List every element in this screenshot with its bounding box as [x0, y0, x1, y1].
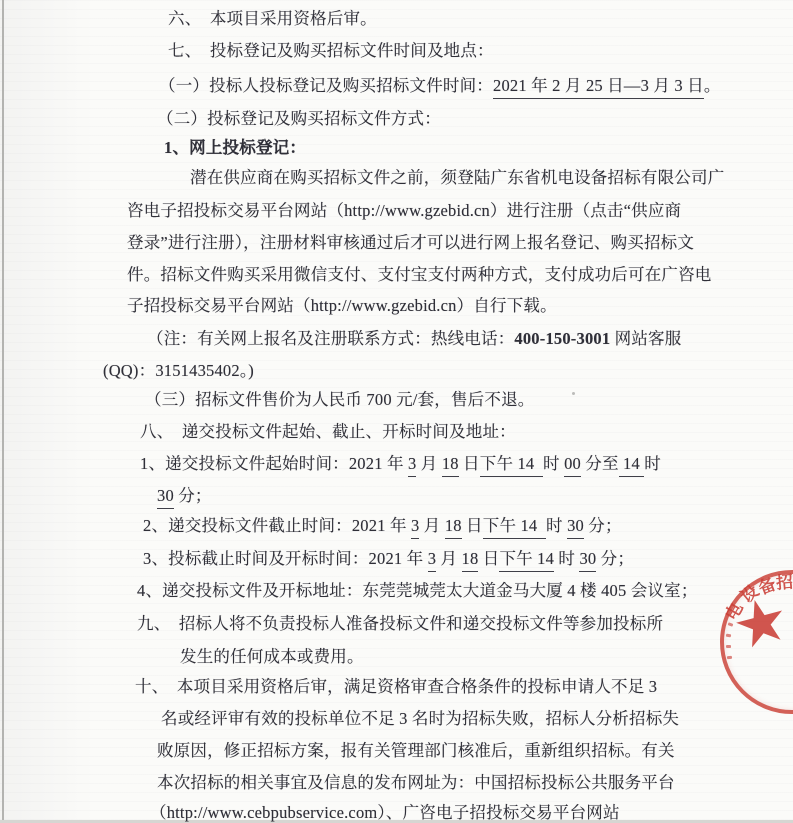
text-segment: 分至	[581, 453, 619, 475]
text-line-1: 六、 本项目采用资格后审。	[168, 8, 377, 30]
seal-arc-character: 招	[775, 567, 793, 593]
underlined-text: 下午 14	[483, 515, 546, 539]
text-line-11: （注：有关网上报名及注册联系方式：热线电话：400-150-3001 网站客服	[147, 328, 681, 350]
text-segment: （http://www.cebpubservice.com）、广咨电子招投标交易…	[150, 802, 620, 823]
text-segment: 分；	[584, 515, 622, 537]
scan-speck	[572, 392, 575, 395]
text-segment: 时	[644, 453, 661, 475]
text-segment: 1、网上投标登记：	[164, 137, 306, 159]
underlined-text: 18	[442, 453, 459, 477]
underlined-text: 下午 14	[480, 453, 543, 477]
text-line-10: 子招投标交易平台网站（http://www.gzebid.cn）自行下载。	[127, 295, 557, 317]
text-segment: 网站客服	[610, 328, 681, 350]
text-line-6: 潜在供应商在购买招标文件之前，须登陆广东省机电设备招标有限公司广	[190, 167, 724, 189]
text-line-19: 4、递交投标文件及开标地址：东莞莞城莞太大道金马大厦 4 楼 405 会议室；	[137, 580, 698, 602]
text-segment: 十、 本项目采用资格后审，满足资格审查合格条件的投标申请人不足 3	[135, 676, 657, 698]
text-line-5: 1、网上投标登记：	[164, 137, 306, 159]
text-segment: 咨电子招投标交易平台网站（http://www.gzebid.cn）进行注册（点…	[127, 200, 681, 222]
text-segment: 月	[416, 453, 441, 475]
text-line-26: （http://www.cebpubservice.com）、广咨电子招投标交易…	[150, 802, 620, 823]
underlined-text: 14	[619, 453, 645, 477]
underlined-text: 3	[411, 515, 419, 539]
text-segment: 六、 本项目采用资格后审。	[168, 8, 377, 30]
text-segment: 分；	[174, 485, 212, 507]
text-line-24: 败原因，修正招标方案，报有关管理部门核准后，重新组织招标。有关	[157, 740, 675, 762]
underlined-text: 18	[462, 548, 479, 572]
text-segment: 败原因，修正招标方案，报有关管理部门核准后，重新组织招标。有关	[157, 740, 675, 762]
seal-small-text-mark	[728, 622, 734, 627]
seal-arc-character: 电	[717, 597, 747, 624]
underlined-text: 00	[564, 453, 581, 477]
text-line-2: 七、 投标登记及购买招标文件时间及地点：	[168, 40, 494, 62]
text-segment: 月	[436, 548, 461, 570]
text-line-15: 1、递交投标文件起始时间：2021 年 3 月 18 日下午 14 时 00 分…	[140, 453, 661, 477]
text-line-17: 2、递交投标文件截止时间：2021 年 3 月 18 日下午 14 时 30 分…	[143, 515, 622, 539]
seal-circle-border	[720, 570, 793, 714]
text-segment: 件。招标文件购买采用微信支付、支付宝支付两种方式，支付成功后可在广咨电	[127, 264, 712, 286]
text-segment: 日	[478, 548, 499, 570]
text-segment: 1、递交投标文件起始时间：2021 年	[140, 453, 408, 475]
text-segment: 2、递交投标文件截止时间：2021 年	[143, 515, 411, 537]
underlined-text: 3	[408, 453, 416, 477]
underlined-text: 30	[567, 515, 584, 539]
text-segment: 3、投标截止时间及开标时间：2021 年	[143, 548, 428, 570]
underlined-text: 30	[157, 485, 174, 509]
text-segment: 子招投标交易平台网站（http://www.gzebid.cn）自行下载。	[127, 295, 557, 317]
seal-small-text-mark	[727, 656, 732, 660]
text-segment: 时	[546, 515, 567, 537]
text-segment: 本次招标的相关事宜及信息的发布网址为：中国招标投标公共服务平台	[157, 772, 675, 794]
text-line-23: 名或经评审有效的投标单位不足 3 名时为招标失败，招标人分析招标失	[161, 708, 679, 730]
seal-star-icon: ★	[726, 586, 793, 660]
text-segment: 分；	[596, 548, 634, 570]
text-line-22: 十、 本项目采用资格后审，满足资格审查合格条件的投标申请人不足 3	[135, 676, 657, 698]
text-segment: (QQ)：3151435402。)	[103, 360, 254, 382]
underlined-text: 2021 年 2 月 25 日—3 月 3 日	[493, 75, 704, 99]
text-segment: 时	[554, 548, 579, 570]
text-segment: 4、递交投标文件及开标地址：东莞莞城莞太大道金马大厦 4 楼 405 会议室；	[137, 580, 698, 602]
text-segment: 月	[419, 515, 444, 537]
text-segment: 日	[462, 515, 483, 537]
seal-arc-character: 备	[754, 570, 779, 599]
left-scan-line	[2, 0, 4, 823]
text-segment: 名或经评审有效的投标单位不足 3 名时为招标失败，招标人分析招标失	[161, 708, 679, 730]
text-line-16: 30 分；	[157, 485, 212, 509]
text-line-3: （一）投标人投标登记及购买招标文件时间：2021 年 2 月 25 日—3 月 …	[159, 75, 721, 99]
text-segment: （注：有关网上报名及注册联系方式：热线电话：	[147, 328, 514, 350]
text-segment: 潜在供应商在购买招标文件之前，须登陆广东省机电设备招标有限公司广	[190, 167, 724, 189]
seal-small-text-mark	[726, 634, 731, 638]
text-line-25: 本次招标的相关事宜及信息的发布网址为：中国招标投标公共服务平台	[157, 772, 675, 794]
text-segment: 日	[459, 453, 480, 475]
text-line-9: 件。招标文件购买采用微信支付、支付宝支付两种方式，支付成功后可在广咨电	[127, 264, 712, 286]
text-segment: 登录”进行注册），注册材料审核通过后才可以进行网上报名登记、购买招标文	[127, 232, 694, 254]
text-segment: （二）投标登记及购买招标文件方式：	[157, 108, 441, 130]
text-line-13: （三）招标文件售价为人民币 700 元/套，售后不退。	[145, 389, 534, 411]
underlined-text: 3	[428, 548, 436, 572]
seal-arc-character: 设	[734, 577, 763, 607]
scanned-document-page: 六、 本项目采用资格后审。七、 投标登记及购买招标文件时间及地点：（一）投标人投…	[0, 0, 793, 823]
text-segment: 发生的任何成本或费用。	[180, 646, 364, 668]
text-line-14: 八、 递交投标文件起始、截止、开标时间及地址：	[140, 421, 516, 443]
seal-small-text-mark	[726, 645, 731, 648]
underlined-text: 下午 14	[499, 548, 554, 572]
text-segment: 八、 递交投标文件起始、截止、开标时间及地址：	[140, 421, 516, 443]
text-segment: 时	[543, 453, 564, 475]
text-segment: 九、 招标人将不负责投标人准备投标文件和递交投标文件等参加投标所	[137, 613, 663, 635]
underlined-text: 18	[445, 515, 462, 539]
text-segment: （三）招标文件售价为人民币 700 元/套，售后不退。	[145, 389, 534, 411]
text-segment: 400-150-3001	[514, 328, 610, 350]
text-line-4: （二）投标登记及购买招标文件方式：	[157, 108, 441, 130]
text-segment: 七、 投标登记及购买招标文件时间及地点：	[168, 40, 494, 62]
text-segment: 。	[704, 75, 721, 97]
text-line-7: 咨电子招投标交易平台网站（http://www.gzebid.cn）进行注册（点…	[127, 200, 681, 222]
text-line-8: 登录”进行注册），注册材料审核通过后才可以进行网上报名登记、购买招标文	[127, 232, 694, 254]
text-segment: （一）投标人投标登记及购买招标文件时间：	[159, 75, 493, 97]
text-line-21: 发生的任何成本或费用。	[180, 646, 364, 668]
underlined-text: 30	[579, 548, 596, 572]
text-line-18: 3、投标截止时间及开标时间：2021 年 3 月 18 日下午 14 时 30 …	[143, 548, 634, 572]
text-line-12: (QQ)：3151435402。)	[103, 360, 254, 382]
left-page-shading	[0, 0, 95, 823]
text-line-20: 九、 招标人将不负责投标人准备投标文件和递交投标文件等参加投标所	[137, 613, 663, 635]
